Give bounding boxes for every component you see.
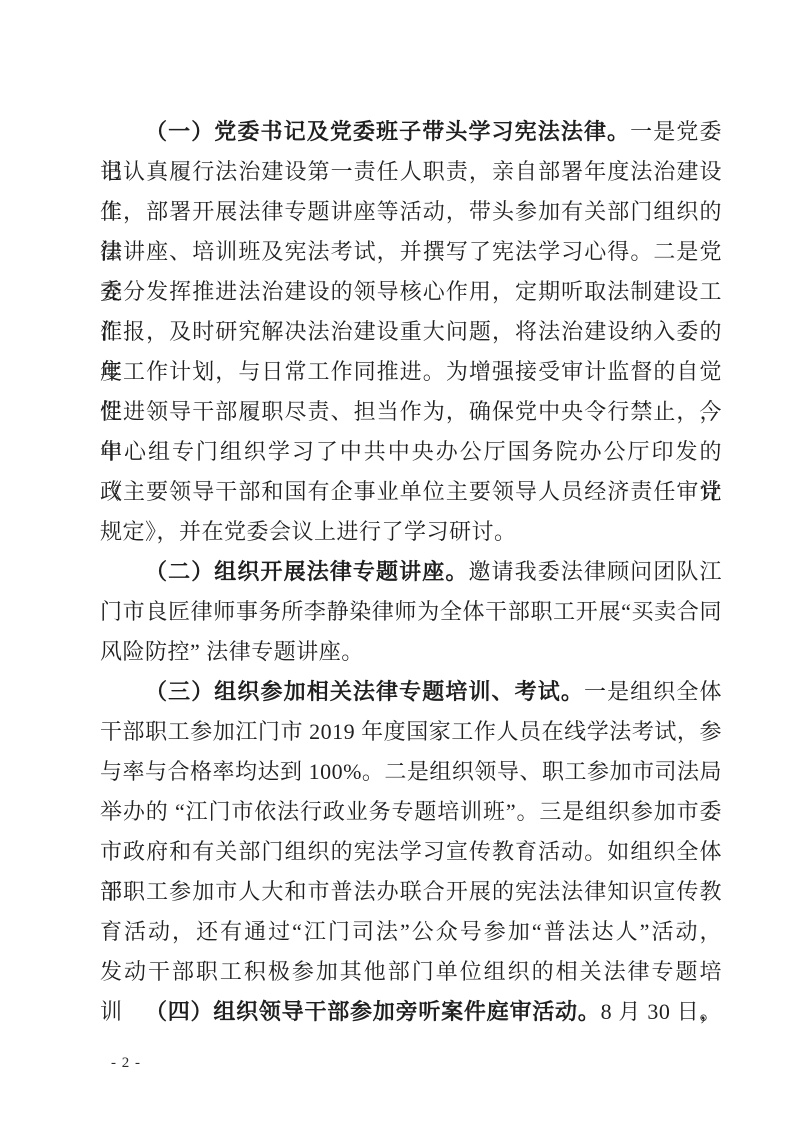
section-heading: （一）党委书记及党委班子带头学习宪法法律。 (145, 119, 630, 144)
line-text: 举办的 “江门市依法行政业务专题培训班”。三是组织参加市委 (100, 799, 722, 824)
document-body: （一）党委书记及党委班子带头学习宪法法律。一是党委书记认真履行法治建设第一责任人… (100, 112, 722, 1032)
text-line-7: 度工作计划，与日常工作同推进。为增强接受审计监督的自觉性， (100, 352, 722, 392)
text-line-23: （四）组织领导干部参加旁听案件庭审活动。8 月 30 日， (100, 992, 722, 1032)
line-text: 育活动，还有通过“江门司法”公众号参加“普法达人”活动， (100, 919, 722, 944)
text-line-1: （一）党委书记及党委班子带头学习宪法法律。一是党委书 (100, 112, 722, 152)
line-text: 邀请我委法律顾问团队江 (468, 559, 722, 584)
line-text: 一是组织全体 (584, 679, 722, 704)
text-line-21: 育活动，还有通过“江门司法”公众号参加“普法达人”活动， (100, 912, 722, 952)
line-text: 规定》，并在党委会议上进行了学习研讨。 (100, 519, 517, 544)
text-line-20: 部职工参加市人大和市普法办联合开展的宪法法律知识宣传教 (100, 872, 722, 912)
text-line-15: （三）组织参加相关法律专题培训、考试。一是组织全体 (100, 672, 722, 712)
line-text: 风险防控” 法律专题讲座。 (100, 639, 364, 664)
text-line-4: 律讲座、培训班及宪法考试，并撰写了宪法学习心得。二是党委 (100, 232, 722, 272)
text-line-2: 记认真履行法治建设第一责任人职责，亲自部署年度法治建设工 (100, 152, 722, 192)
line-text: 干部职工参加江门市 2019 年度国家工作人员在线学法考试，参 (100, 719, 722, 744)
text-line-5: 充分发挥推进法治建设的领导核心作用，定期听取法制建设工作 (100, 272, 722, 312)
text-line-14: 风险防控” 法律专题讲座。 (100, 632, 722, 672)
line-text: 部职工参加市人大和市普法办联合开展的宪法法律知识宣传教 (100, 879, 722, 904)
section-heading: （三）组织参加相关法律专题培训、考试。 (145, 679, 584, 704)
text-line-18: 举办的 “江门市依法行政业务专题培训班”。三是组织参加市委 (100, 792, 722, 832)
text-line-22: 发动干部职工积极参加其他部门单位组织的相关法律专题培训。 (100, 952, 722, 992)
line-text: 政主要领导干部和国有企事业单位主要领导人员经济责任审计 (100, 479, 722, 504)
text-line-16: 干部职工参加江门市 2019 年度国家工作人员在线学法考试，参 (100, 712, 722, 752)
line-text: 与率与合格率均达到 100%。二是组织领导、职工参加市司法局 (100, 759, 722, 784)
text-line-9: 中心组专门组织学习了中共中央办公厅国务院办公厅印发的《党 (100, 432, 722, 472)
text-line-19: 市政府和有关部门组织的宪法学习宣传教育活动。如组织全体干 (100, 832, 722, 872)
text-line-8: 促进领导干部履职尽责、担当作为，确保党中央令行禁止，今年 (100, 392, 722, 432)
text-line-10: 政主要领导干部和国有企事业单位主要领导人员经济责任审计 (100, 472, 722, 512)
section-heading: （二）组织开展法律专题讲座。 (145, 559, 468, 584)
line-text: 门市良匠律师事务所李静染律师为全体干部职工开展“买卖合同 (100, 599, 722, 624)
page-number: - 2 - (111, 1052, 141, 1074)
text-line-13: 门市良匠律师事务所李静染律师为全体干部职工开展“买卖合同 (100, 592, 722, 632)
text-line-3: 作，部署开展法律专题讲座等活动，带头参加有关部门组织的法 (100, 192, 722, 232)
text-line-6: 汇报，及时研究解决法治建设重大问题，将法治建设纳入委的年 (100, 312, 722, 352)
text-line-12: （二）组织开展法律专题讲座。邀请我委法律顾问团队江 (100, 552, 722, 592)
document-page: （一）党委书记及党委班子带头学习宪法法律。一是党委书记认真履行法治建设第一责任人… (0, 0, 800, 1132)
text-line-11: 规定》，并在党委会议上进行了学习研讨。 (100, 512, 722, 552)
section-heading: （四）组织领导干部参加旁听案件庭审活动。 (145, 999, 601, 1024)
line-text: 8 月 30 日， (601, 999, 722, 1024)
text-line-17: 与率与合格率均达到 100%。二是组织领导、职工参加市司法局 (100, 752, 722, 792)
